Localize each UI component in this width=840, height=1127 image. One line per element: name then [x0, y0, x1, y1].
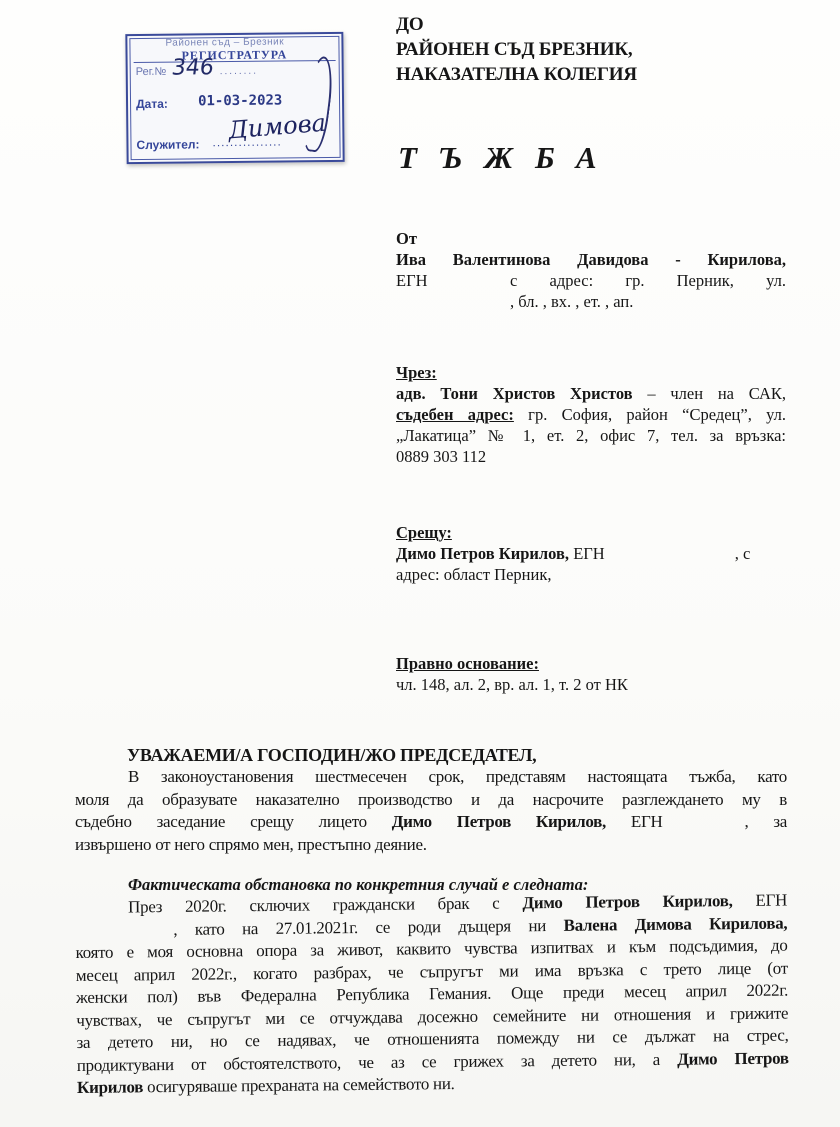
- stamp-date-label: Дата:: [136, 97, 168, 111]
- phone-number: 0889 303 112: [396, 446, 786, 467]
- court-address-label: съдебен адрес:: [396, 405, 514, 424]
- against-name-line: Димо Петров Кирилов, ЕГН0000000000, с: [396, 543, 786, 564]
- paragraph-request: В законоустановения шестмесечен срок, пр…: [75, 766, 787, 856]
- redacted-egn: 0000000000: [662, 811, 744, 834]
- stamp-reg-dots: ........: [220, 66, 258, 77]
- from-address-line2: , бл. , вх. , ет. , ап.: [396, 291, 786, 312]
- p1-line4: извършено от него спрямо мен, престъпно …: [75, 834, 787, 857]
- from-address-line1: ЕГН0000000000с адрес: гр. Перник, ул.: [396, 270, 786, 291]
- stamp-date-value: 01-03-2023: [198, 93, 282, 110]
- stamp-reg-number: 346: [170, 55, 215, 80]
- lawyer-name: адв. Тони Христов Христов: [396, 384, 633, 403]
- lawyer-suffix: – член на САК,: [633, 384, 786, 403]
- document-title: ТЪЖБА: [398, 140, 619, 176]
- addressee-court: РАЙОНЕН СЪД БРЕЗНИК,: [396, 37, 637, 62]
- legal-basis-value: чл. 148, ал. 2, вр. ал. 1, т. 2 от НК: [396, 674, 786, 695]
- redacted-egn: 0000000000: [605, 543, 735, 564]
- court-address-line2: „Лакатица” № 1, ет. 2, офис 7, тел. за в…: [396, 425, 786, 446]
- defendant-name: Димо Петров Кирилов,: [396, 544, 569, 563]
- from-egn-label: ЕГН: [396, 271, 428, 290]
- paragraph-facts: През 2020г. сключих граждански брак с Ди…: [75, 890, 789, 1100]
- facts-line1-text: През 2020г. сключих граждански брак с: [128, 893, 522, 916]
- against-block: Срещу: Димо Петров Кирилов, ЕГН000000000…: [396, 522, 786, 585]
- registration-stamp: Районен съд – Брезник РЕГИСТРАТУРА Рег.№…: [125, 32, 344, 164]
- defendant-egn-suffix: , с: [735, 544, 751, 563]
- defendant-address: адрес: област Перник,: [396, 564, 786, 585]
- legal-basis-block: Правно основание: чл. 148, ал. 2, вр. ал…: [396, 653, 786, 695]
- legal-basis-label: Правно основание:: [396, 653, 786, 674]
- court-address-line1: съдебен адрес: гр. София, район “Средец”…: [396, 404, 786, 425]
- p1-line1: В законоустановения шестмесечен срок, пр…: [75, 766, 787, 789]
- addressee-to: ДО: [396, 12, 637, 37]
- from-address-text: с адрес: гр. Перник, ул.: [510, 271, 786, 290]
- p1-line2: моля да образувате наказателно производс…: [75, 789, 787, 812]
- p1-defendant-name: Димо Петров Кирилов,: [392, 812, 606, 831]
- signature-stroke-icon: [300, 55, 336, 153]
- facts-line9-text: осигуряваше прехраната на семейството ни…: [143, 1074, 455, 1096]
- facts-egn-label: ЕГН: [732, 891, 787, 911]
- facts-defendant-name-part2: Кирилов: [77, 1077, 143, 1097]
- stamp-reg-label: Рег.№: [136, 66, 167, 78]
- court-address-text: гр. София, район “Средец”, ул.: [514, 405, 786, 424]
- document-page: Районен съд – Брезник РЕГИСТРАТУРА Рег.№…: [0, 0, 840, 1127]
- addressee-division: НАКАЗАТЕЛНА КОЛЕГИЯ: [396, 62, 637, 87]
- facts-defendant-name: Димо Петров Кирилов,: [522, 891, 732, 912]
- greeting: УВАЖАЕМИ/А ГОСПОДИН/ЖО ПРЕДСЕДАТЕЛ,: [127, 745, 536, 766]
- redacted-egn: 0000000000: [428, 270, 511, 291]
- from-name: Ива Валентинова Давидова - Кирилова,: [396, 249, 786, 270]
- via-label: Чрез:: [396, 362, 786, 383]
- p1-line3-text: съдебно заседание срещу лицето: [75, 812, 392, 831]
- facts-line2-text: , като на 27.01.2021г. се роди дъщеря ни: [173, 915, 563, 938]
- p1-line3-end: , за: [744, 812, 787, 831]
- defendant-egn-label: ЕГН: [569, 544, 605, 563]
- against-label: Срещу:: [396, 522, 786, 543]
- from-label: От: [396, 228, 786, 249]
- facts-daughter-name: Валена Димова Кирилова,: [564, 913, 788, 934]
- stamp-employee-label: Служител:: [136, 137, 199, 152]
- from-block: От Ива Валентинова Давидова - Кирилова, …: [396, 228, 786, 312]
- facts-defendant-name-part1: Димо Петров: [677, 1048, 789, 1068]
- p1-line3: съдебно заседание срещу лицето Димо Петр…: [75, 811, 787, 834]
- via-lawyer-line: адв. Тони Христов Христов – член на САК,: [396, 383, 786, 404]
- via-block: Чрез: адв. Тони Христов Христов – член н…: [396, 362, 786, 467]
- p1-egn-label: ЕГН: [606, 812, 663, 831]
- addressee-block: ДО РАЙОНЕН СЪД БРЕЗНИК, НАКАЗАТЕЛНА КОЛЕ…: [396, 12, 637, 87]
